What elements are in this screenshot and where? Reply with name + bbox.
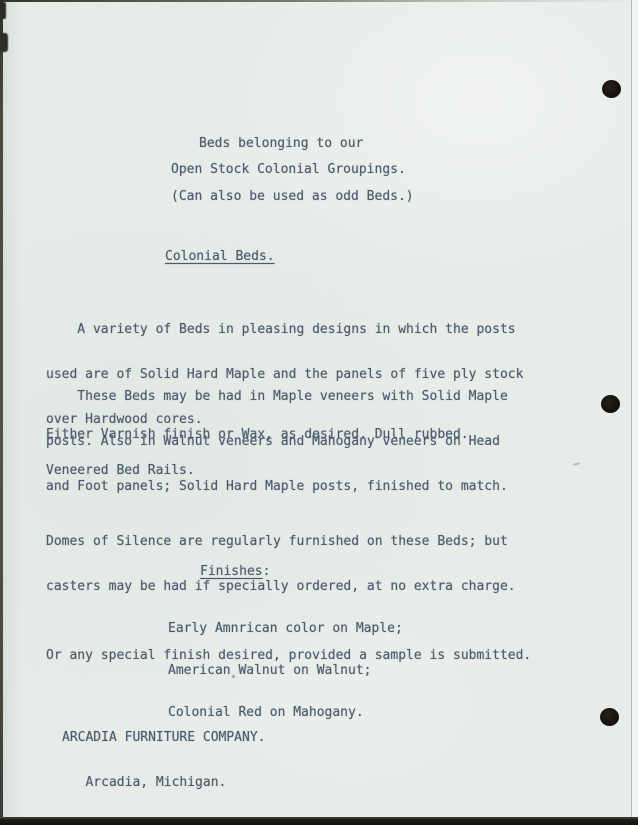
paper-speck — [573, 462, 580, 465]
finishes-heading-colon: : — [263, 564, 271, 579]
page-left-edge-shadow — [0, 0, 3, 825]
typewritten-document-page: Beds belonging to our Open Stock Colonia… — [0, 0, 638, 825]
intro-line-3: (Can also be used as odd Beds.) — [171, 189, 414, 204]
finishes-item: Early Amnrican color on Maple; — [168, 622, 403, 636]
left-edge-dark-mark-1 — [0, 2, 6, 19]
paper-speck — [232, 675, 235, 678]
page-right-margin-strip — [632, 0, 638, 817]
paragraph-line: A variety of Beds in pleasing designs in… — [46, 322, 523, 337]
paragraph-line: casters may be had if specially ordered,… — [46, 579, 516, 594]
intro-line-2: Open Stock Colonial Groupings. — [171, 162, 406, 177]
punch-hole-bottom — [600, 708, 619, 726]
paragraph-line: and Foot panels; Solid Hard Maple posts,… — [46, 479, 508, 494]
company-name: ARCADIA FURNITURE COMPANY. — [62, 730, 266, 745]
paragraph-line: Domes of Silence are regularly furnished… — [46, 534, 516, 549]
signature-block: ARCADIA FURNITURE COMPANY. Arcadia, Mich… — [62, 700, 266, 820]
punch-hole-top — [602, 80, 621, 98]
finishes-item: American Walnut on Walnut; — [168, 664, 403, 678]
colonial-beds-heading: Colonial Beds. — [165, 249, 275, 264]
varnish-note: Either Varnish finish or Wax, as desired… — [46, 427, 469, 442]
bed-rails-note: Veneered Bed Rails. — [46, 463, 195, 478]
company-location: Arcadia, Michigan. — [62, 775, 266, 790]
intro-line-1: Beds belonging to our — [199, 136, 363, 151]
finishes-heading-text: Finishes — [200, 564, 263, 579]
special-finish-note: Or any special finish desired, provided … — [46, 648, 531, 663]
paragraph-line: These Beds may be had in Maple veneers w… — [46, 389, 508, 404]
punch-hole-middle — [601, 395, 620, 413]
finishes-heading: Finishes: — [200, 564, 270, 579]
left-edge-dark-mark-2 — [0, 33, 8, 52]
page-top-edge-shadow — [0, 0, 638, 2]
